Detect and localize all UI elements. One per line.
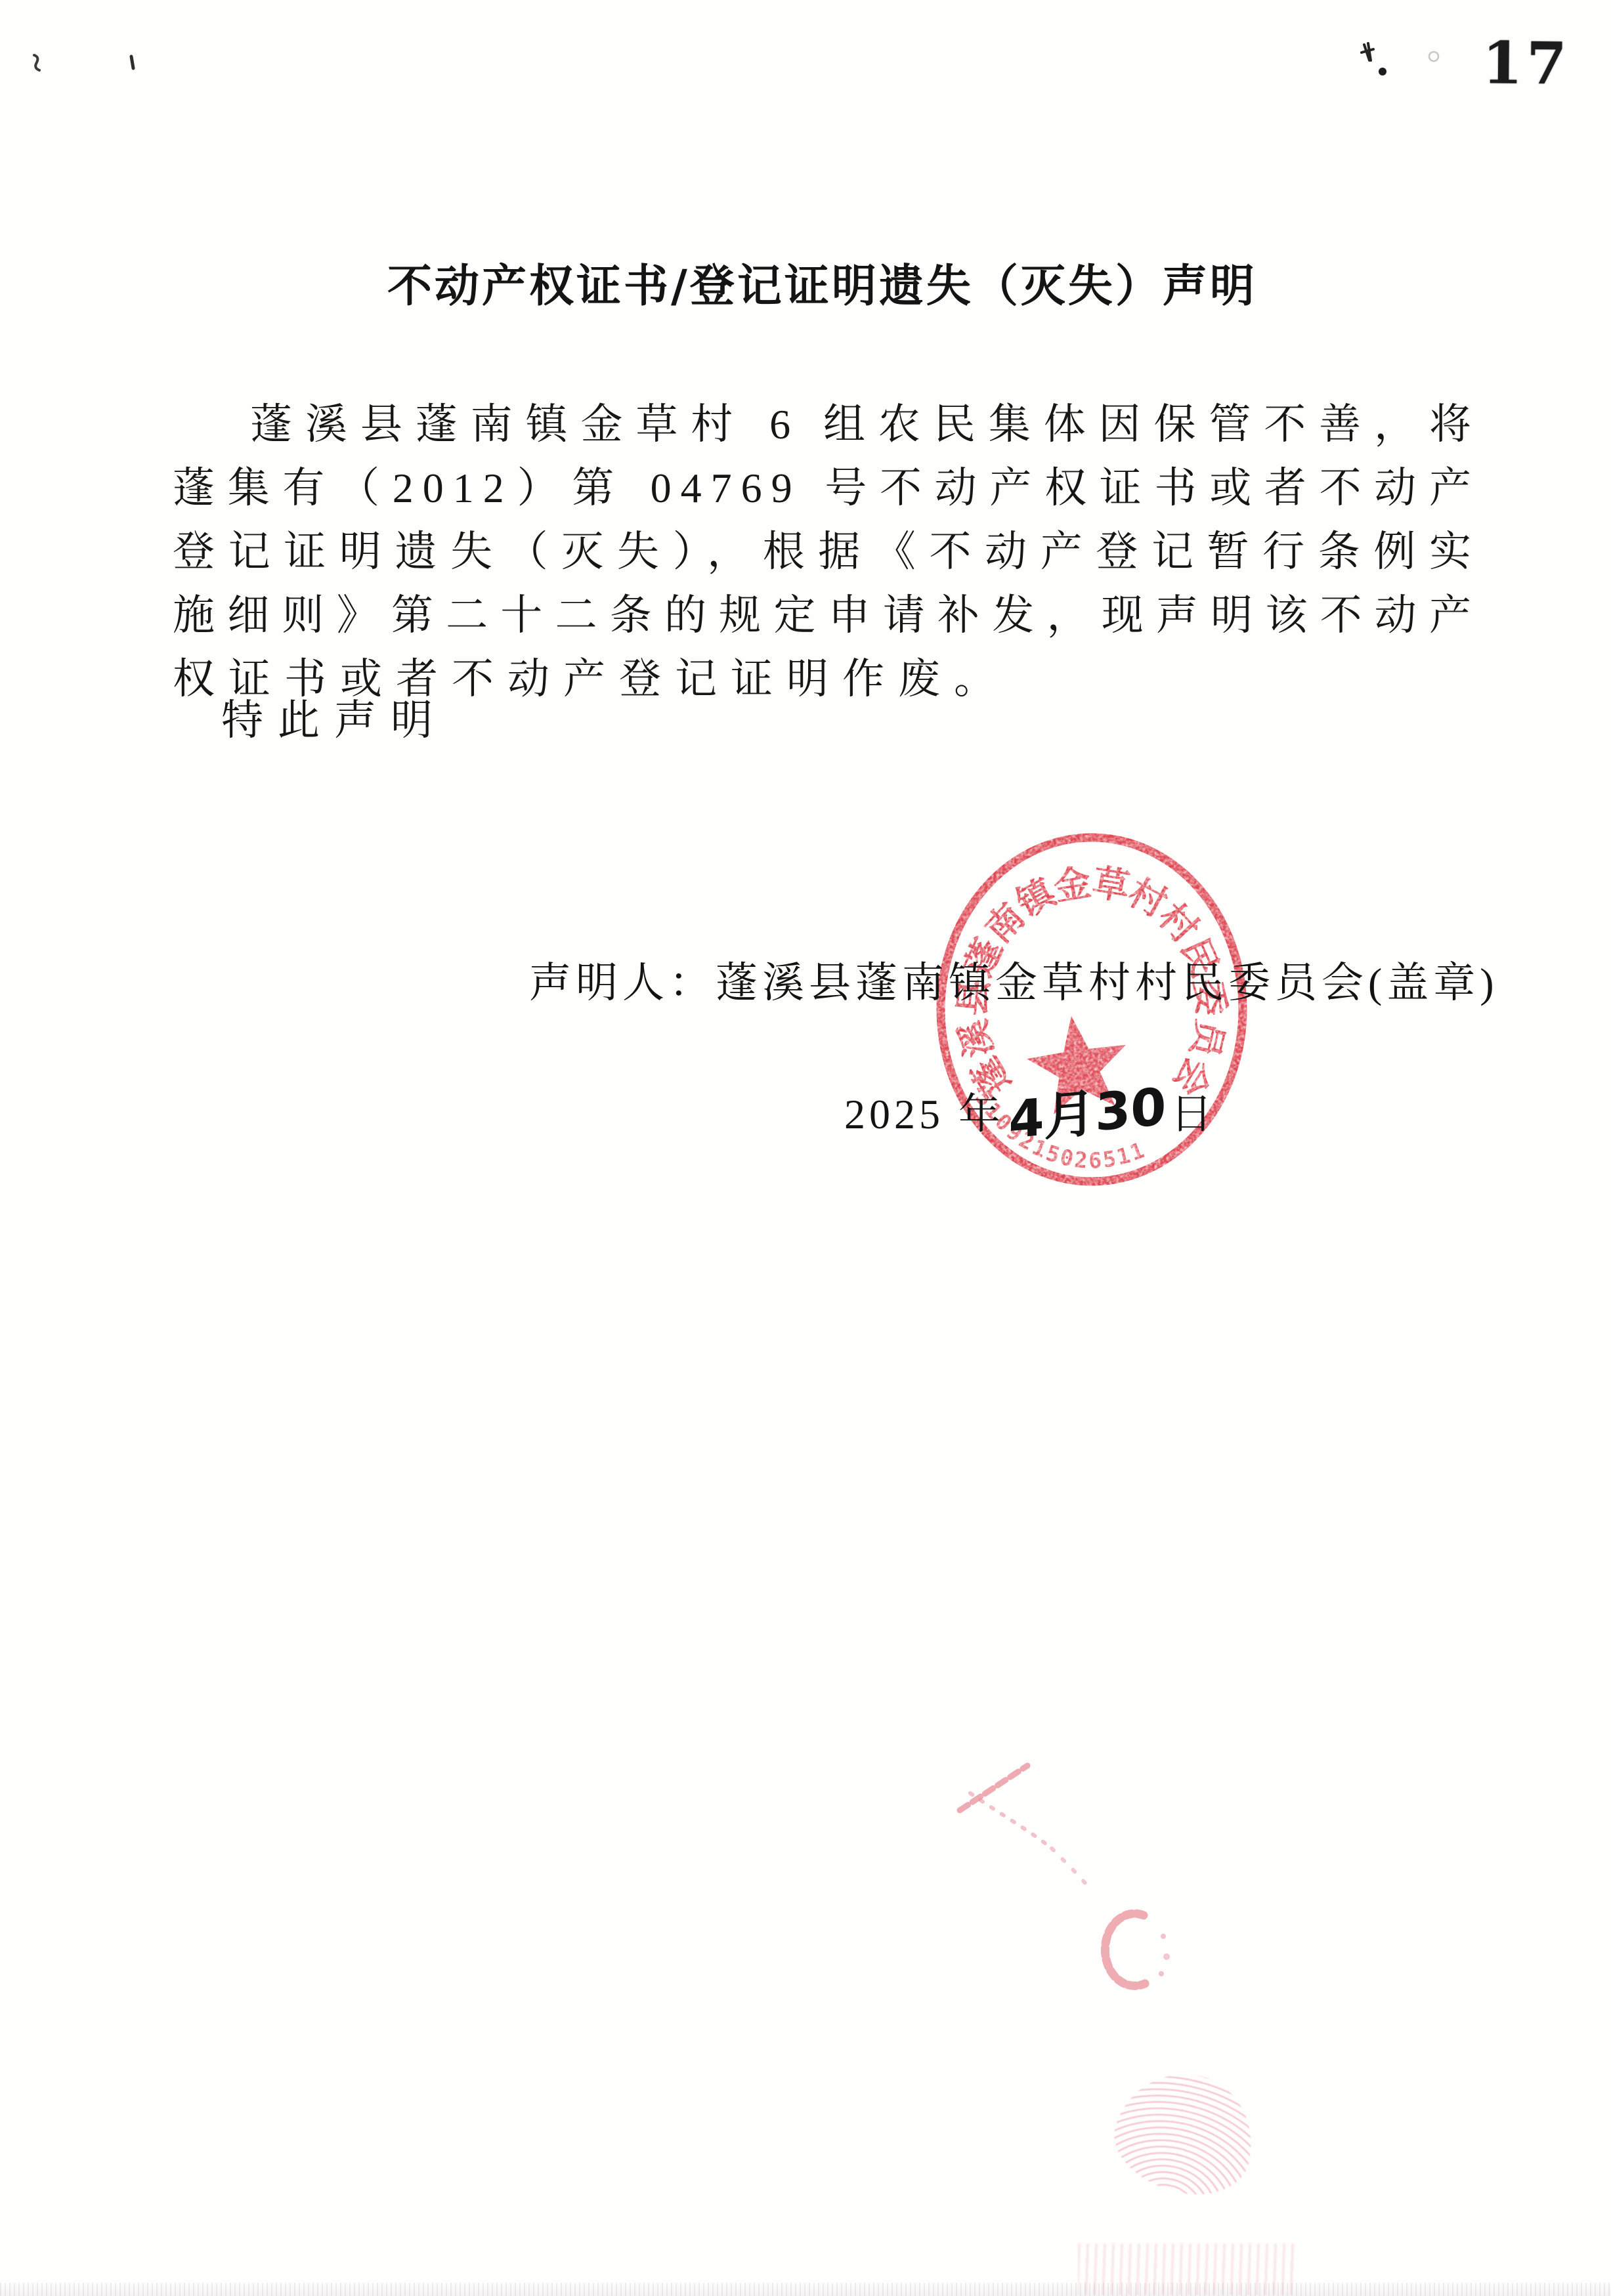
body-line-2: 蓬集有（2012）第 04769 号不动产权证书或者不动产 — [173, 456, 1480, 520]
page-number: 17 — [1482, 28, 1571, 97]
scan-edge-noise — [0, 2283, 1611, 2296]
date-year-printed: 2025 年 — [844, 1091, 1004, 1137]
date-line: 2025 年4月30日 — [844, 1070, 1216, 1143]
body-line-3: 登记证明遗失（灭失），根据《不动产登记暂行条例实 — [173, 520, 1480, 584]
ink-speck-top-left — [25, 50, 150, 87]
fingerprint-smudge — [1104, 2059, 1266, 2207]
date-day-suffix: 日 — [1171, 1091, 1216, 1137]
declarant-line: 声明人：蓬溪县蓬南镇金草村村民委员会(盖章) — [529, 949, 1499, 1010]
ink-speck-top-right — [1356, 39, 1455, 85]
document-body: 蓬溪县蓬南镇金草村 6 组农民集体因保管不善，将 蓬集有（2012）第 0476… — [173, 393, 1480, 711]
date-handwritten: 4月30 — [1008, 1065, 1166, 1153]
scanned-declaration-page: { "page": { "number": "17" }, "title": "… — [0, 0, 1611, 2296]
closing-statement: 特此声明 — [221, 687, 447, 747]
document-title: 不动产权证书/登记证明遗失（灭失）声明 — [387, 251, 1257, 314]
svg-text:2: 2 — [1073, 1147, 1088, 1173]
body-line-1: 蓬溪县蓬南镇金草村 6 组农民集体因保管不善，将 — [173, 393, 1480, 456]
svg-text:6: 6 — [1088, 1147, 1102, 1174]
svg-text:金: 金 — [1051, 861, 1094, 909]
red-ink-smudge — [932, 1739, 1208, 2015]
body-line-4: 施细则》第二十二条的规定申请补发，现声明该不动产 — [173, 584, 1480, 647]
